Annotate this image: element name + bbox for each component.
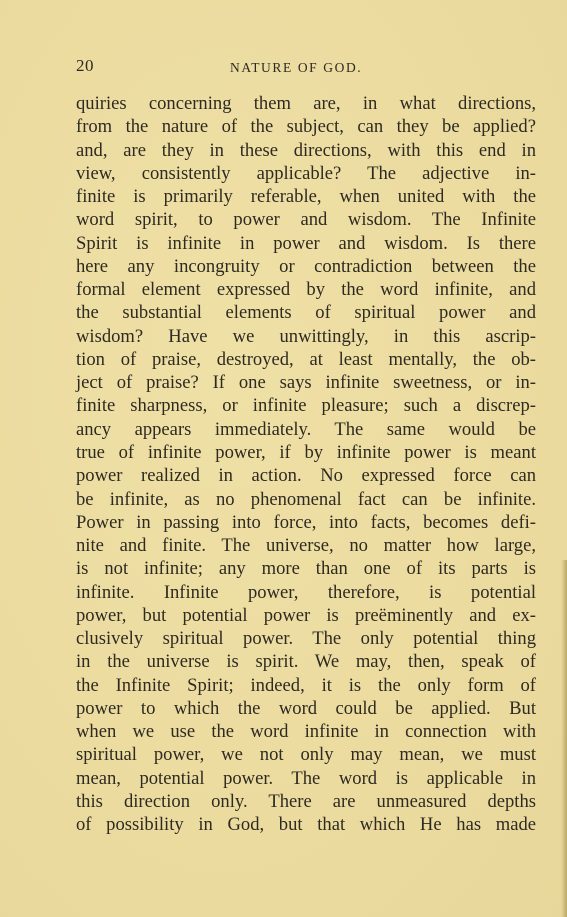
text-line: in the universe is spirit. We may, then,… xyxy=(76,650,536,673)
book-page: 20 NATURE OF GOD. quiries concerning the… xyxy=(0,0,567,917)
text-line: be infinite, as no phenomenal fact can b… xyxy=(76,488,536,511)
text-line: here any incongruity or contradiction be… xyxy=(76,255,536,278)
text-line: ancy appears immediately. The same would… xyxy=(76,418,536,441)
text-line: infinite. Infinite power, therefore, is … xyxy=(76,581,536,604)
text-line: the Infinite Spirit; indeed, it is the o… xyxy=(76,674,536,697)
text-line: finite sharpness, or infinite pleasure; … xyxy=(76,394,536,417)
text-line: when we use the word infinite in connect… xyxy=(76,720,536,743)
text-line: power realized in action. No expressed f… xyxy=(76,464,536,487)
text-line: finite is primarily referable, when unit… xyxy=(76,185,536,208)
running-title: NATURE OF GOD. xyxy=(230,57,362,79)
running-head: 20 NATURE OF GOD. xyxy=(76,55,536,77)
text-line: quiries concerning them are, in what dir… xyxy=(76,92,536,115)
body-text: quiries concerning them are, in what dir… xyxy=(76,92,536,837)
text-line: mean, potential power. The word is appli… xyxy=(76,767,536,790)
text-line: tion of praise, destroyed, at least ment… xyxy=(76,348,536,371)
text-line: the substantial elements of spiritual po… xyxy=(76,301,536,324)
text-line: nite and finite. The universe, no matter… xyxy=(76,534,536,557)
text-line: true of infinite power, if by infinite p… xyxy=(76,441,536,464)
text-line: formal element expressed by the word inf… xyxy=(76,278,536,301)
text-line: is not infinite; any more than one of it… xyxy=(76,557,536,580)
text-line: wisdom? Have we unwittingly, in this asc… xyxy=(76,325,536,348)
text-line: from the nature of the subject, can they… xyxy=(76,115,536,138)
text-line: of possibility in God, but that which He… xyxy=(76,813,536,836)
text-line: ject of praise? If one says infinite swe… xyxy=(76,371,536,394)
text-line: Power in passing into force, into facts,… xyxy=(76,511,536,534)
text-line: spiritual power, we not only may mean, w… xyxy=(76,743,536,766)
text-line: power, but potential power is preëminent… xyxy=(76,604,536,627)
text-line: word spirit, to power and wisdom. The In… xyxy=(76,208,536,231)
page-number: 20 xyxy=(76,55,94,77)
text-line: this direction only. There are unmeasure… xyxy=(76,790,536,813)
text-line: power to which the word could be applied… xyxy=(76,697,536,720)
text-line: view, consistently applicable? The adjec… xyxy=(76,162,536,185)
text-line: and, are they in these directions, with … xyxy=(76,139,536,162)
text-line: Spirit is infinite in power and wisdom. … xyxy=(76,232,536,255)
page-edge-shadow xyxy=(561,560,567,917)
text-line: clusively spiritual power. The only pote… xyxy=(76,627,536,650)
